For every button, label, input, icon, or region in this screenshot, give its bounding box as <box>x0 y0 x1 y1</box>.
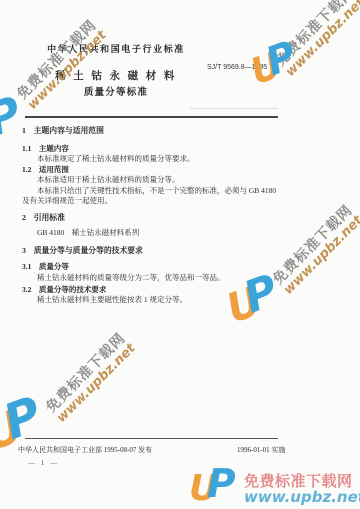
section-heading-3: 3 质量分等与质量分等的技术要求 <box>22 246 280 257</box>
implement-date: 1996-01-01 实施 <box>237 445 285 455</box>
subsection-3-1: 3.1 质量分等 <box>22 262 280 273</box>
up-logo-icon <box>241 25 309 100</box>
watermark-site-url: www.upbz.net <box>244 488 360 506</box>
watermark-top-left: 免费标准下载网 www.upbz.net <box>7 10 117 120</box>
doc-subtitle: 质量分等标准 <box>25 84 207 98</box>
paragraph: 稀土钴永磁材料主要磁性能按表 1 规定分等。 <box>22 295 280 306</box>
page-number: — 1 — <box>28 459 59 467</box>
header-rule <box>25 116 278 118</box>
section-heading-1: 1 主题内容与适用范围 <box>22 126 280 137</box>
watermark-site-name: 免费标准下载网 <box>265 0 360 76</box>
publish-info: 中华人民共和国电子工业部 1995-08-07 发布 <box>18 445 152 455</box>
subsection-1-1: 1.1 主题内容 <box>22 144 280 155</box>
subsection-3-2: 3.2 质量分等的技术要求 <box>22 285 280 296</box>
subsection-1-2: 1.2 适用范围 <box>22 165 280 176</box>
up-logo-icon <box>186 465 242 507</box>
section-heading-2: 2 引用标准 <box>22 213 280 224</box>
paragraph: 稀土钴永磁材料的质量等级分为二等，优等品和一等品。 <box>22 273 280 284</box>
watermark-bottom-left: 免费标准下载网 www.upbz.net <box>36 323 146 433</box>
watermark-site-name: 免费标准下载网 <box>36 323 135 422</box>
paragraph: 本标准只给出了关键性技术指标，不是一个完整的标准，必须与 GB 4180 及有关… <box>22 186 280 207</box>
footer-rule <box>25 438 278 439</box>
watermark-site-url: www.upbz.net <box>274 206 360 305</box>
reference-item: GB 4180 稀土钴永磁材料系列 <box>22 228 280 239</box>
paragraph: 本标准规定了稀土钴永磁材料的质量分等要求。 <box>22 154 280 165</box>
document-body: 1 主题内容与适用范围 1.1 主题内容 本标准规定了稀土钴永磁材料的质量分等要… <box>22 124 280 306</box>
watermark-top-right: 免费标准下载网 www.upbz.net <box>265 0 360 87</box>
doc-title: 稀 土 钴 永 磁 材 料 <box>25 68 207 83</box>
document-page: U P 中华人民共和国电子行业标准 稀 土 钴 永 磁 材 料 质量分等标准 S… <box>0 0 360 509</box>
watermark-site-url: www.upbz.net <box>276 0 360 87</box>
header-org-line: 中华人民共和国电子行业标准 <box>25 42 207 55</box>
watermark-site-url: www.upbz.net <box>47 334 146 433</box>
standard-number: SJ/T 9569.8—1995 <box>207 64 267 71</box>
scan-artifact-line <box>190 108 278 109</box>
paragraph: 本标准适用于稀土钴永磁材料的质量分等。 <box>22 175 280 186</box>
